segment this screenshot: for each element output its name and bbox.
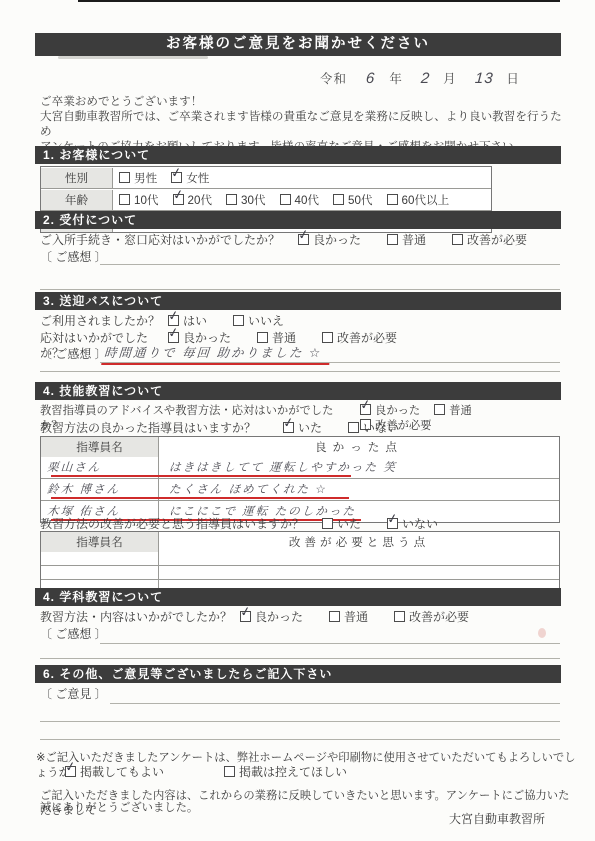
section5-header: 4. 学科教習について — [35, 588, 561, 606]
checkbox-option-改善が必要[interactable]: 改善が必要 — [452, 233, 527, 248]
reception-comment-line[interactable] — [100, 264, 560, 265]
row-label: 性別 — [41, 168, 113, 188]
row-options: 10代20代30代40代50代60代以上 — [113, 190, 491, 210]
section2-header: 2. 受付について — [35, 211, 561, 229]
option-label: 改善が必要 — [337, 331, 397, 345]
empty-point-cell[interactable] — [159, 566, 559, 579]
good-instructor-options: いたいない — [283, 421, 399, 436]
checkbox-option-良かった[interactable]: 良かった — [240, 610, 303, 625]
scan-ink-artifact — [538, 628, 546, 638]
section6-header: 6. その他、ご意見等ございましたらご記入下さい — [35, 665, 561, 683]
checkbox-checked-icon[interactable] — [173, 194, 184, 205]
good-instructor-question-row: 教習方法の良かった指導員はいますか？ いたいない — [40, 421, 399, 436]
improve-instructor-empty-row[interactable] — [41, 552, 559, 565]
checkbox-icon[interactable] — [333, 194, 344, 205]
checkbox-icon[interactable] — [119, 172, 130, 183]
reception-comment-line[interactable] — [40, 289, 560, 290]
option-label: 掲載は控えてほしい — [239, 765, 347, 779]
checkbox-checked-icon[interactable] — [387, 518, 398, 529]
checkbox-option-普通[interactable]: 普通 — [387, 233, 426, 248]
academic-question-row: 教習方法・内容はいかがでしたか？ 良かった普通改善が必要 — [40, 610, 469, 625]
publication-options-row: 掲載してもよい掲載は控えてほしい — [65, 765, 407, 780]
customer-info-row: 性別男性女性 — [41, 167, 491, 188]
checkbox-icon[interactable] — [452, 234, 463, 245]
day-label: 日 — [506, 72, 520, 86]
row-label: 年齢 — [41, 190, 113, 210]
scan-smudge-artifact — [58, 56, 208, 59]
checkbox-option-いた[interactable]: いた — [322, 517, 361, 532]
academic-comment-label: 〔 ご感想 〕 — [40, 627, 107, 642]
option-label: 女性 — [186, 172, 209, 185]
scan-edge-artifact — [78, 0, 560, 2]
checkbox-checked-icon[interactable] — [283, 422, 294, 433]
checkbox-checked-icon[interactable] — [298, 234, 309, 245]
checkbox-icon[interactable] — [322, 332, 333, 343]
option-label: 普通 — [344, 610, 368, 624]
checkbox-option-いた[interactable]: いた — [283, 421, 322, 436]
improve-table-header-row: 指導員名 改善が必要と思う点 — [41, 532, 559, 552]
good-table-header-row: 指導員名 良かった点 — [41, 437, 559, 457]
row-options: 男性女性 — [113, 168, 491, 188]
section4-header: 4. 技能教習について — [35, 382, 561, 400]
customer-info-row: 年齢10代20代30代40代50代60代以上 — [41, 188, 491, 210]
good-point-text: はきはきしてて 運転しやすかった 笑 — [168, 459, 397, 475]
good-instructor-table: 指導員名 良かった点 栗山さんはきはきしてて 運転しやすかった 笑鈴木 博さんた… — [40, 436, 560, 523]
school-signature: 大宮自動車教習所 — [40, 812, 545, 827]
improve-instructor-options: いたいない — [322, 517, 438, 532]
intro-line: ご卒業おめでとうございます！ — [40, 94, 565, 109]
red-pen-underline — [51, 475, 351, 477]
option-label: 20代 — [188, 194, 213, 207]
option-label: いない — [402, 517, 438, 531]
questionnaire-sheet: お客様のご意見をお聞かせください 令和 6 年 2 月 13 日 ご卒業おめでと… — [0, 0, 595, 841]
bus-comment-line[interactable] — [100, 362, 560, 363]
month-value-handwritten[interactable]: 2 — [421, 70, 432, 87]
era-label: 令和 — [320, 72, 347, 86]
option-label: 普通 — [449, 405, 472, 417]
empty-point-cell[interactable] — [159, 552, 559, 565]
page-title: お客様のご意見をお聞かせください — [35, 33, 561, 56]
bus-used-question-row: ご利用されましたか？ はいいいえ — [40, 314, 284, 329]
empty-name-cell[interactable] — [41, 566, 159, 579]
option-label: 男性 — [134, 172, 157, 185]
good-instructor-row: 栗山さんはきはきしてて 運転しやすかった 笑 — [41, 457, 559, 478]
improve-instructor-question-row: 教習方法の改善が必要と思う指導員はいますか？ いたいない — [40, 517, 438, 532]
good-point-text: たくさん ほめてくれた ☆ — [168, 481, 328, 497]
section1-header: 1. お客様について — [35, 146, 561, 164]
bus-used-question: ご利用されましたか？ — [40, 314, 168, 329]
intro-line: 大宮自動車教習所では、ご卒業されます皆様の貴重なご意見を業務に反映し、より良い教… — [40, 109, 565, 139]
checkbox-checked-icon[interactable] — [65, 766, 76, 777]
option-label: 良かった — [313, 233, 361, 247]
checkbox-option-女性[interactable]: 女性 — [171, 170, 209, 186]
red-pen-underline — [51, 497, 349, 499]
publication-options: 掲載してもよい掲載は控えてほしい — [65, 765, 407, 779]
empty-name-cell[interactable] — [41, 552, 159, 565]
option-label: 掲載してもよい — [80, 765, 164, 779]
option-label: 改善が必要 — [409, 610, 469, 624]
academic-question: 教習方法・内容はいかがでしたか？ — [40, 610, 240, 625]
bus-used-options: はいいいえ — [168, 314, 284, 329]
academic-comment-line[interactable] — [100, 643, 560, 644]
intro-paragraph: ご卒業おめでとうございます！ 大宮自動車教習所では、ご卒業されます皆様の貴重なご… — [40, 94, 565, 154]
checkbox-option-30代[interactable]: 30代 — [226, 192, 266, 208]
improve-instructor-question: 教習方法の改善が必要と思う指導員はいますか？ — [40, 517, 322, 532]
checkbox-option-いない[interactable]: いない — [387, 517, 438, 532]
checkbox-option-普通[interactable]: 普通 — [329, 610, 368, 625]
improve-instructor-table: 指導員名 改善が必要と思う点 — [40, 531, 560, 594]
option-label: はい — [183, 314, 207, 328]
checkbox-icon[interactable] — [119, 194, 130, 205]
other-opinion-label: 〔 ご意見 〕 — [40, 687, 107, 702]
checkbox-option-10代[interactable]: 10代 — [119, 192, 159, 208]
checkbox-option-良かった[interactable]: 良かった — [298, 233, 361, 248]
good-instructor-question: 教習方法の良かった指導員はいますか？ — [40, 421, 283, 436]
good-instructor-row: 鈴木 博さんたくさん ほめてくれた ☆ — [41, 478, 559, 500]
checkbox-icon[interactable] — [226, 194, 237, 205]
checkbox-checked-icon[interactable] — [360, 404, 371, 415]
reception-question: ご入所手続き・窓口応対はいかがでしたか？ — [40, 233, 280, 248]
checkbox-icon[interactable] — [322, 518, 333, 529]
checkbox-icon[interactable] — [233, 315, 244, 326]
option-label: いた — [337, 517, 361, 531]
instructor-name-text: 鈴木 博さん — [46, 481, 120, 497]
bus-comment-label: 〔 ご感想 〕 — [40, 347, 107, 362]
improve-instructor-empty-row[interactable] — [41, 565, 559, 579]
checkbox-option-掲載してもよい[interactable]: 掲載してもよい — [65, 765, 164, 780]
section3-header: 3. 送迎バスについて — [35, 292, 561, 310]
option-label: 普通 — [402, 233, 426, 247]
checkbox-icon[interactable] — [387, 194, 398, 205]
checkbox-checked-icon[interactable] — [171, 172, 182, 183]
academic-options: 良かった普通改善が必要 — [240, 610, 469, 625]
checkbox-option-掲載は控えてほしい[interactable]: 掲載は控えてほしい — [224, 765, 347, 780]
improve-table-header-point: 改善が必要と思う点 — [159, 532, 559, 552]
checkbox-icon[interactable] — [387, 234, 398, 245]
good-table-header-name: 指導員名 — [41, 437, 159, 457]
year-label: 年 — [389, 72, 403, 86]
checkbox-option-いない[interactable]: いない — [348, 421, 399, 436]
checkbox-icon[interactable] — [257, 332, 268, 343]
option-label: 改善が必要 — [467, 233, 527, 247]
checkbox-option-50代[interactable]: 50代 — [333, 192, 373, 208]
date-line: 令和 6 年 2 月 13 日 — [320, 69, 560, 87]
checkbox-icon[interactable] — [348, 422, 359, 433]
checkbox-option-普通[interactable]: 普通 — [434, 404, 472, 419]
option-label: 良かった — [255, 610, 303, 624]
checkbox-icon[interactable] — [434, 404, 445, 415]
other-opinion-line[interactable] — [110, 703, 560, 704]
checkbox-option-40代[interactable]: 40代 — [280, 192, 320, 208]
improve-table-header-name: 指導員名 — [41, 532, 159, 552]
option-label: 50代 — [348, 194, 373, 207]
checkbox-icon[interactable] — [224, 766, 235, 777]
checkbox-icon[interactable] — [280, 194, 291, 205]
option-label: 30代 — [241, 194, 266, 207]
instructor-name-text: 栗山さん — [46, 459, 102, 475]
checkbox-option-20代[interactable]: 20代 — [173, 192, 213, 208]
reception-question-row: ご入所手続き・窓口応対はいかがでしたか？ 良かった普通改善が必要 — [40, 233, 560, 248]
checkbox-option-いいえ[interactable]: いいえ — [233, 314, 284, 329]
option-label: 40代 — [295, 194, 320, 207]
option-label: 60代以上 — [402, 194, 450, 207]
checkbox-option-60代以上[interactable]: 60代以上 — [387, 192, 450, 208]
option-label: いいえ — [248, 314, 284, 328]
good-table-header-point: 良かった点 — [159, 437, 559, 457]
reception-options: 良かった普通改善が必要 — [298, 233, 527, 248]
checkbox-option-良かった[interactable]: 良かった — [360, 404, 420, 419]
checkbox-icon[interactable] — [394, 611, 405, 622]
checkbox-checked-icon[interactable] — [240, 611, 251, 622]
checkbox-option-改善が必要[interactable]: 改善が必要 — [322, 331, 397, 346]
year-value-handwritten[interactable]: 6 — [365, 70, 376, 87]
month-label: 月 — [443, 72, 457, 86]
reception-comment-label: 〔 ご感想 〕 — [40, 250, 107, 265]
option-label: 良かった — [375, 405, 420, 417]
option-label: いた — [298, 421, 322, 435]
checkbox-icon[interactable] — [329, 611, 340, 622]
checkbox-option-改善が必要[interactable]: 改善が必要 — [394, 610, 469, 625]
day-value-handwritten[interactable]: 13 — [475, 70, 495, 87]
checkbox-checked-icon[interactable] — [168, 332, 179, 343]
bus-comment-line[interactable] — [40, 371, 560, 372]
academic-comment-line[interactable] — [40, 658, 560, 659]
checkbox-option-男性[interactable]: 男性 — [119, 170, 157, 186]
other-opinion-line[interactable] — [40, 721, 560, 722]
option-label: 10代 — [134, 194, 159, 207]
other-opinion-line[interactable] — [40, 739, 560, 740]
option-label: いない — [363, 421, 399, 435]
